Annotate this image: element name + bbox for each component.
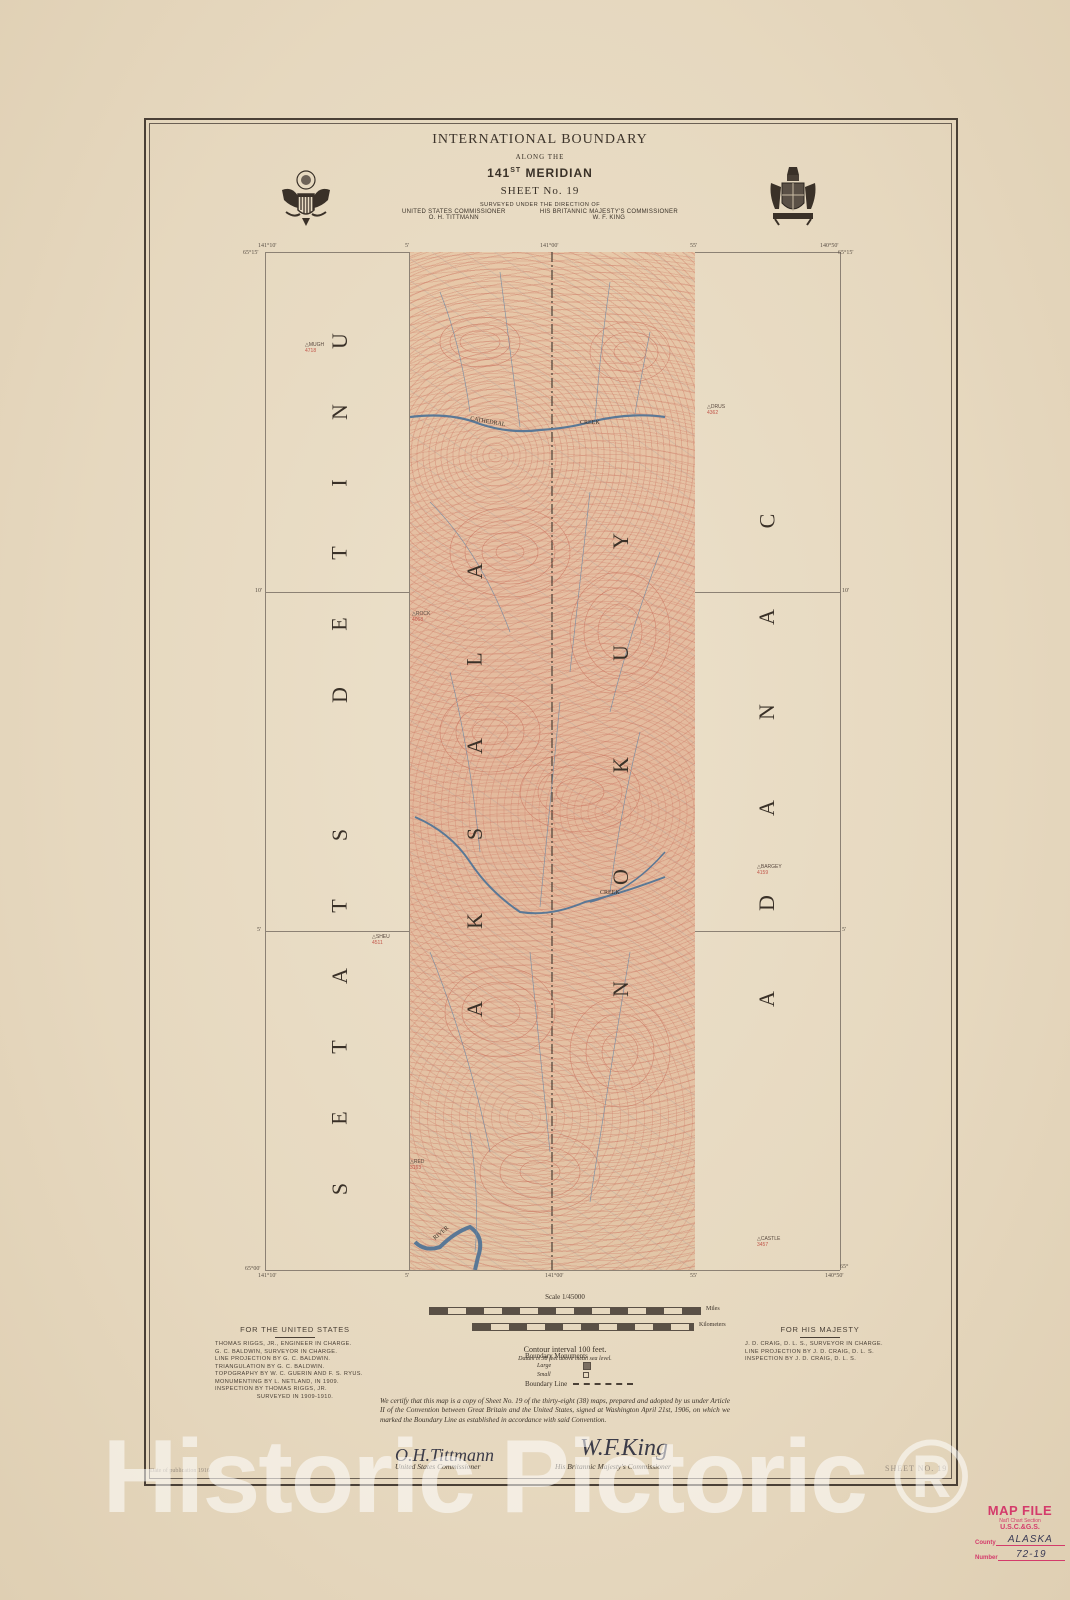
lat-bottom-right: 65° xyxy=(840,1264,848,1270)
lat-top-left: 65°15' xyxy=(243,250,258,256)
grid-left xyxy=(265,252,266,1270)
lon-bottom-right: 140°50' xyxy=(825,1273,843,1279)
british-royal-arms-icon xyxy=(765,165,821,227)
lon-top-55: 55' xyxy=(690,243,697,249)
meridian-suffix: ST xyxy=(510,167,521,174)
legend-large: Large xyxy=(537,1363,577,1369)
stamp-number-label: Number xyxy=(975,1555,998,1561)
credit-line: LINE PROJECTION BY G. C. BALDWIN. xyxy=(215,1356,375,1364)
stamp-number-value: 72-19 xyxy=(998,1549,1065,1561)
grid-right xyxy=(840,252,841,1270)
credit-line: MONUMENTING BY L. NETLAND, IN 1909. xyxy=(215,1379,375,1387)
stamp-org: U.S.C.&G.S. xyxy=(975,1524,1065,1531)
lon-bottom-center: 141°00' xyxy=(545,1273,563,1279)
lat-bottom-left: 65°00' xyxy=(245,1266,260,1272)
peak-bargey: △BARGEY4159 xyxy=(757,865,782,876)
lon-top-5: 5' xyxy=(405,243,409,249)
km-scale-bar: Kilometers xyxy=(472,1323,694,1331)
stamp-title: MAP FILE xyxy=(975,1503,1065,1518)
boundary-line-symbol xyxy=(573,1383,633,1385)
credit-line: J. D. CRAIG, D. L. S., SURVEYOR IN CHARG… xyxy=(745,1341,895,1349)
peak-castle: △CASTLE3457 xyxy=(757,1237,780,1248)
lon-bottom-55: 55' xyxy=(690,1273,697,1279)
credit-line: G. C. BALDWIN, SURVEYOR IN CHARGE. xyxy=(215,1349,375,1357)
legend-title: Boundary Monuments xyxy=(525,1352,633,1360)
map-file-stamp: MAP FILE Nat'l Chart Section U.S.C.&G.S.… xyxy=(975,1503,1065,1561)
map-title: INTERNATIONAL BOUNDARY xyxy=(400,132,680,148)
credits-his-majesty: FOR HIS MAJESTY J. D. CRAIG, D. L. S., S… xyxy=(745,1325,895,1364)
lat-right-10: 10' xyxy=(842,588,849,594)
sheet-number: SHEET No. 19 xyxy=(400,185,680,197)
meridian-number: 141 xyxy=(487,166,510,180)
topographic-strip: CATHEDRAL CREEK CREEK RIVER xyxy=(410,252,695,1270)
us-commissioner: UNITED STATES COMMISSIONER O. H. TITTMAN… xyxy=(402,209,506,221)
peak-rock: △ROCK4068 xyxy=(412,612,430,623)
credits-gb-heading: FOR HIS MAJESTY xyxy=(745,1325,895,1335)
lat-left-10: 10' xyxy=(255,588,262,594)
meridian-word: MERIDIAN xyxy=(521,166,593,180)
title-meridian: 141ST MERIDIAN xyxy=(400,166,680,180)
title-along: ALONG THE xyxy=(400,153,680,161)
watermark: Historic Pictoric ® xyxy=(0,1418,1070,1537)
stamp-county-label: County xyxy=(975,1540,996,1546)
lon-top-left: 141°10' xyxy=(258,243,276,249)
km-label: Kilometers xyxy=(699,1322,726,1328)
commissioners: UNITED STATES COMMISSIONER O. H. TITTMAN… xyxy=(400,209,680,221)
stamp-county-value: ALASKA xyxy=(996,1534,1065,1546)
credit-line: THOMAS RIGGS, JR., ENGINEER IN CHARGE. xyxy=(215,1341,375,1349)
lon-bottom-left: 141°10' xyxy=(258,1273,276,1279)
peak-sheu: △SHEU4511 xyxy=(372,935,390,946)
legend: Boundary Monuments Large Small Boundary … xyxy=(525,1352,633,1388)
gb-commissioner: HIS BRITANNIC MAJESTY'S COMMISSIONER W. … xyxy=(540,209,678,221)
us-commissioner-name: O. H. TITTMANN xyxy=(402,215,506,221)
label-alaska: ALASKA xyxy=(460,560,490,1020)
us-great-seal-icon xyxy=(278,168,334,230)
lon-top-center: 141°00' xyxy=(540,243,558,249)
credit-line: INSPECTION BY THOMAS RIGGS, JR. xyxy=(215,1386,375,1394)
credits-united-states: FOR THE UNITED STATES THOMAS RIGGS, JR.,… xyxy=(215,1325,375,1402)
legend-boundary-line: Boundary Line xyxy=(525,1380,567,1388)
credit-line: INSPECTION BY J. D. CRAIG, D. L. S. xyxy=(745,1356,895,1364)
lat-right-5: 5' xyxy=(842,927,846,933)
surveyed-under: SURVEYED UNDER THE DIRECTION OF xyxy=(400,202,680,208)
scale-title: Scale 1/45000 xyxy=(400,1293,730,1301)
lon-bottom-5: 5' xyxy=(405,1273,409,1279)
credit-line: LINE PROJECTION BY J. D. CRAIG, D. L. S. xyxy=(745,1349,895,1357)
topo-features: CATHEDRAL CREEK CREEK RIVER xyxy=(410,252,695,1270)
legend-small: Small xyxy=(537,1372,577,1378)
label-canada: CANADA xyxy=(752,510,782,1010)
peak-red: △RED3163 xyxy=(410,1160,424,1171)
credits-us-heading: FOR THE UNITED STATES xyxy=(215,1325,375,1335)
lon-top-right: 140°50' xyxy=(820,243,838,249)
credit-line: TRIANGULATION BY G. C. BALDWIN. xyxy=(215,1364,375,1372)
grid-bottom xyxy=(265,1270,840,1271)
miles-scale-bar: Miles xyxy=(429,1307,701,1315)
svg-text:CREEK: CREEK xyxy=(580,420,600,426)
lat-left-5: 5' xyxy=(257,927,261,933)
peak-mugh: △MUGH4718 xyxy=(305,343,324,354)
credit-line: SURVEYED IN 1909-1910. xyxy=(215,1394,375,1402)
small-monument-icon xyxy=(583,1372,589,1378)
label-yukon: YUKON xyxy=(606,530,636,1000)
gb-commissioner-name: W. F. KING xyxy=(540,215,678,221)
credit-line: TOPOGRAPHY BY W. C. GUERIN AND F. S. RYU… xyxy=(215,1371,375,1379)
label-united-states: UNITEDSTATES xyxy=(325,330,355,1200)
peak-drus: △DRUS4362 xyxy=(707,405,725,416)
large-monument-icon xyxy=(583,1362,591,1370)
miles-label: Miles xyxy=(706,1306,720,1312)
lat-top-right: 65°15' xyxy=(838,250,853,256)
title-block: INTERNATIONAL BOUNDARY ALONG THE 141ST M… xyxy=(400,132,680,221)
